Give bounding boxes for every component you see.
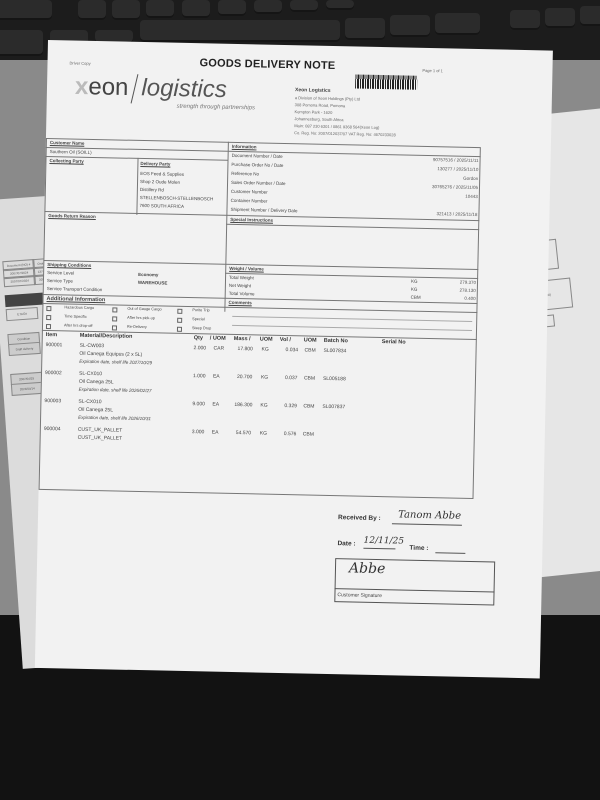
document-title: GOODS DELIVERY NOTE [199,57,335,72]
keyboard-key [182,0,210,18]
batch-no: SL007837 [322,404,345,410]
unit: KG [411,279,418,284]
info-label: Customer Number [231,189,268,195]
address-line: Co. Reg. No: 2007/012037/07 VAT Reg. No:… [294,129,396,138]
company-logo: xeonlogistics [75,73,227,106]
checkbox-after-hrs-dropoff[interactable] [46,324,51,329]
volume: 0.034 [285,347,298,353]
volume: 0.037 [285,375,298,381]
received-by-line [392,523,462,525]
bg-cell: 2007/07/2024 [3,275,36,287]
mass-uom: KG [261,375,268,381]
customer-name-header: Customer Name [50,140,85,146]
checkbox-hazardous-cargo[interactable] [46,306,51,311]
uom: EA [212,430,219,436]
delivery-party-header: Delivery Party [140,161,170,167]
customer-signature: Abbe [349,560,386,577]
received-by-label: Received By : [338,514,381,522]
qty: 2.000 [194,345,207,351]
special-instructions-header: Special Instructions [230,217,273,223]
weight-label: Net Weight [229,283,251,288]
vol-uom: CBM [304,375,315,381]
keyboard-key [326,0,354,10]
date-handwriting: 12/11/25 [363,536,404,547]
column-header-mass: Mass / [234,336,251,342]
checkbox-label: After hrs pick-up [127,316,155,321]
total-weight-value: 279.370 [460,280,476,285]
info-label: Purchase Order No / Date [231,162,283,168]
unit: KG [411,287,418,292]
keyboard-key [146,0,174,18]
weight-volume-header: Weight / Volume [229,266,264,272]
comments-header: Comments [228,300,251,305]
keyboard-key [435,13,480,35]
received-by-handwriting: Tanom Abbe [398,509,461,521]
column-header-qty: Qty [194,335,203,341]
checkbox-label: Purite Trip [192,308,209,312]
time-label: Time : [409,545,428,552]
goods-return-reason-header: Goods Return Reason [48,213,96,219]
logo-tagline: strength through partnerships [177,104,255,112]
material-description: Oil Canega 25L [79,379,114,386]
material-code: SL-CX010 [79,371,102,377]
reference-value: Gordon [463,176,478,181]
barcode [355,74,417,89]
checkbox-label: Out of Gauge Cargo [127,307,161,312]
logo-brand: eon [88,73,129,101]
material-description: Oil Canega Equipus (2 x 5L) [79,351,142,358]
logo-divider [131,74,139,103]
keyboard-key [345,18,385,40]
info-label: Reference No [231,171,259,177]
service-level-value: Economy [138,272,158,277]
item-number: 900004 [44,426,61,432]
material-code: SL-CW003 [80,343,105,350]
item-number: 900001 [46,342,63,348]
bg-cell: ETA/Dt [6,307,39,321]
info-label: Container Number [231,198,268,204]
shipping-label: Service Type [47,278,73,284]
customer-number-value: 10443 [465,194,478,199]
item-number: 900003 [44,398,61,404]
volume: 0.329 [284,403,297,409]
purchase-order-value: 130277 / 2025/11/10 [437,166,478,172]
material-description: Oil Canega 25L [78,407,113,414]
delivery-party-line: EOS Feed & Supplies [140,171,184,177]
keyboard-spacebar [140,20,340,42]
column-header-serial: Serial No [382,339,406,345]
checkbox-special[interactable] [177,318,182,323]
qty: 1.000 [193,373,206,379]
vol-uom: CBM [304,347,315,353]
shipping-label: Service Level [47,270,74,276]
customer-name-value: Southern Oil (SOILL) [50,149,92,155]
delivery-party-line: Distillery Rd [140,187,164,193]
mass: 17.800 [238,346,253,352]
mass: 20.700 [237,374,252,380]
checkbox-out-of-gauge[interactable] [112,307,117,312]
material-code: SL-CX010 [78,399,101,405]
shipping-conditions-header: Shipping Conditions [47,262,91,268]
time-line [435,552,465,554]
copy-label: Driver Copy [69,60,90,65]
bg-cell: 2024/04/14 [11,382,44,396]
checkbox-label: Time Specific [64,314,87,318]
checkbox-label: Re-Delivery [127,325,147,329]
weight-label: Total Weight [229,275,254,281]
date-line [363,548,395,550]
mass-uom: KG [262,347,269,353]
checkbox-re-delivery[interactable] [112,325,117,330]
net-weight-value: 278.130 [460,288,476,293]
mass-uom: KG [260,403,267,409]
checkbox-label: Steep Drop [192,326,211,330]
qty: 3.000 [192,429,205,435]
keyboard-key [290,0,318,12]
checkbox-steep-drop[interactable] [177,327,182,332]
mass: 186.300 [234,402,252,408]
info-label: Document Number / Date [232,153,283,159]
vol-uom: CBM [303,431,314,437]
service-type-value: WAREHOUSE [138,280,168,286]
logo-x: x [75,73,89,100]
keyboard-key [390,15,430,37]
column-header-uom: / UOM [210,335,226,341]
date-label: Date : [337,540,355,547]
keyboard-key [0,0,52,20]
column-header-mass-uom: UOM [260,337,273,343]
uom: EA [212,402,219,408]
volume: 0.576 [284,431,297,437]
keyboard-key [510,10,540,30]
additional-info-header: Additional Information [47,296,106,303]
page-number: Page 1 of 1 [422,68,443,73]
document-number-value: 90757516 / 2025/11/11 [433,157,479,163]
weight-label: Total Volume [229,291,255,297]
checkbox-label: Special [192,317,205,321]
checkbox-after-hrs-pickup[interactable] [112,316,117,321]
logo-product: logistics [141,74,227,103]
company-address: Xeon Logistics a Division of Xeon Holdin… [294,87,397,138]
column-header-material: Material/Description [80,333,133,340]
checkbox-label: After hrs drop-off [64,323,92,328]
checkbox-time-specific[interactable] [46,315,51,320]
sales-order-value: 30765276 / 2025/11/05 [432,184,478,190]
item-number: 900002 [45,370,62,376]
batch-no: SL005188 [323,376,346,382]
keyboard-key [580,6,600,26]
keyboard-key [0,30,43,56]
uom: CAR [214,346,225,352]
material-description: CUST_UK_PALLET [78,435,122,442]
column-header-vol: Vol / [280,337,291,343]
uom: EA [213,374,220,380]
delivery-party-line: 7600 SOUTH AFRICA [140,203,185,209]
checkbox-purite-trip[interactable] [177,309,182,314]
column-header-vol-uom: UOM [304,337,317,343]
keyboard-key [218,0,246,16]
delivery-party-line: Shop 2 Oude Molen [140,179,180,185]
keyboard-key [78,0,106,20]
material-code: CUST_UK_PALLET [78,427,122,434]
batch-no: SL007834 [323,348,346,354]
information-header: Information [232,144,257,150]
column-header-batch: Batch No [324,338,348,345]
collecting-party-header: Collecting Party [49,158,83,164]
column-header-item: Item [46,332,57,338]
qty: 9.000 [192,401,205,407]
unit: CBM [411,295,421,300]
customer-signature-caption: Customer Signature [337,592,382,599]
keyboard-key [112,0,140,20]
keyboard-key [545,8,575,28]
checkbox-label: Hazardous Cargo [64,305,94,310]
shipment-number-value: 321413 / 2025/11/18 [436,211,477,217]
vol-uom: CBM [303,403,314,409]
total-volume-value: 0.400 [464,296,475,301]
goods-delivery-note: Driver Copy GOODS DELIVERY NOTE Page 1 o… [35,40,553,678]
mass: 54.570 [236,430,251,436]
keyboard-key [254,0,282,14]
mass-uom: KG [260,431,267,437]
bg-cell: Draft delivery [8,342,41,356]
